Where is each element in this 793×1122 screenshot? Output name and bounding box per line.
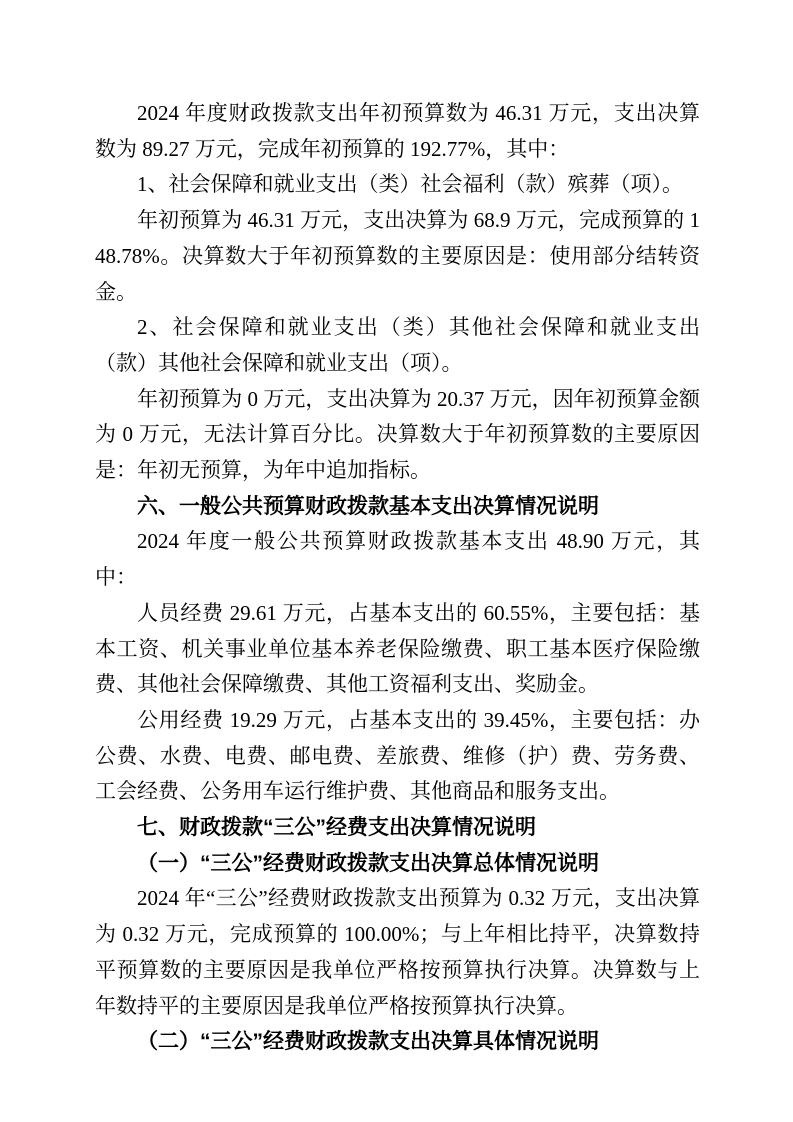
- document-page: 2024 年度财政拨款支出年初预算数为 46.31 万元，支出决算数为 89.2…: [0, 0, 793, 1122]
- paragraph-item-2-budget-detail: 年初预算为 0 万元，支出决算为 20.37 万元，因年初预算金额为 0 万元，…: [95, 382, 700, 489]
- paragraph-three-public-funds-detail: 2024 年“三公”经费财政拨款支出预算为 0.32 万元，支出决算为 0.32…: [95, 881, 700, 1024]
- paragraph-public-funds: 公用经费 19.29 万元，占基本支出的 39.45%，主要包括：办公费、水费、…: [95, 703, 700, 810]
- document-body: 2024 年度财政拨款支出年初预算数为 46.31 万元，支出决算数为 89.2…: [95, 96, 700, 1060]
- paragraph-item-2-other-social-security: 2、社会保障和就业支出（类）其他社会保障和就业支出（款）其他社会保障和就业支出（…: [95, 310, 700, 381]
- paragraph-fiscal-expenditure-overview: 2024 年度财政拨款支出年初预算数为 46.31 万元，支出决算数为 89.2…: [95, 96, 700, 167]
- paragraph-item-1-social-security-funeral: 1、社会保障和就业支出（类）社会福利（款）殡葬（项）。: [95, 167, 700, 203]
- paragraph-personnel-funds: 人员经费 29.61 万元，占基本支出的 60.55%，主要包括：基本工资、机关…: [95, 596, 700, 703]
- paragraph-basic-expenditure-total: 2024 年度一般公共预算财政拨款基本支出 48.90 万元，其中：: [95, 524, 700, 595]
- paragraph-item-1-budget-detail: 年初预算为 46.31 万元，支出决算为 68.9 万元，完成预算的 148.7…: [95, 203, 700, 310]
- section-heading-six-basic-expenditure: 六、一般公共预算财政拨款基本支出决算情况说明: [95, 489, 700, 525]
- section-heading-seven-three-public-funds: 七、财政拨款“三公”经费支出决算情况说明: [95, 810, 700, 846]
- subsection-heading-2-specific-situation: （二）“三公”经费财政拨款支出决算具体情况说明: [95, 1024, 700, 1060]
- subsection-heading-1-overall-situation: （一）“三公”经费财政拨款支出决算总体情况说明: [95, 846, 700, 882]
